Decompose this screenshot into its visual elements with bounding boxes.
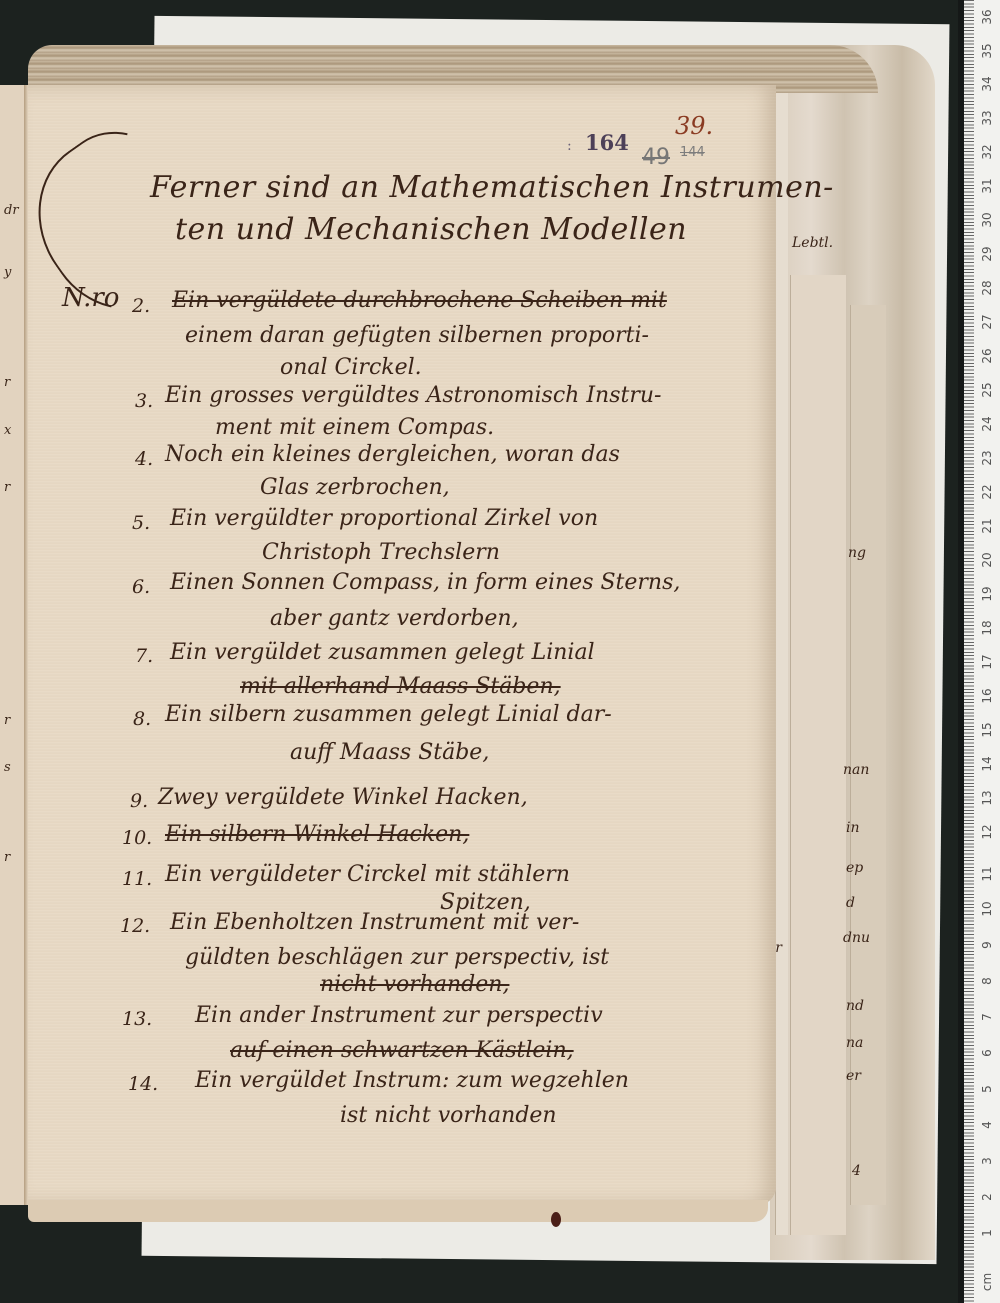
ruler-label: 4 [980, 1115, 994, 1135]
ruler-label: 36 [980, 7, 994, 27]
entry-line: Christoph Trechslern [262, 540, 500, 565]
ruler-label: 8 [980, 971, 994, 991]
ruler-label: 3 [980, 1151, 994, 1171]
fragment-text: dnu [843, 930, 870, 946]
entry-line: ist nicht vorhanden [340, 1103, 557, 1128]
fragment-text: Lebtl. [792, 235, 833, 251]
entry-line: Noch ein kleines dergleichen, woran das [165, 442, 620, 467]
heading-line-1: Ferner sind an Mathematischen Instrumen- [150, 170, 834, 205]
entry-line: auf einen schwartzen Kästlein, [230, 1038, 574, 1063]
folio-number-pencil-small: 144 [680, 145, 705, 160]
entry-line: aber gantz verdorben, [270, 606, 519, 631]
left-page-mark: x [4, 423, 11, 438]
entry-line: Glas zerbrochen, [260, 475, 450, 500]
entry-line: Ein vergüldeter Circkel mit stählern [165, 862, 570, 887]
cm-ruler: 36 35 34 33 32 31 30 29 28 27 26 25 24 2… [958, 0, 1000, 1303]
entry-number: 12. [120, 915, 150, 937]
ruler-label: 19 [980, 584, 994, 604]
folio-number-pencil: 49 [642, 145, 670, 170]
fragment-text: na [846, 1035, 863, 1051]
entry-number: 9. [130, 790, 148, 812]
ruler-label: 22 [980, 482, 994, 502]
ruler-label: 10 [980, 899, 994, 919]
entry-line: Ein vergüldet zusammen gelegt Linial [170, 640, 595, 665]
entry-line: Einen Sonnen Compass, in form eines Ster… [170, 570, 680, 595]
stack-strip [775, 85, 788, 1235]
book-bottom-edge [28, 1200, 768, 1222]
entry-line: Ein silbern zusammen gelegt Linial dar- [165, 702, 612, 727]
left-page-mark: r [4, 850, 10, 865]
fragment-text: ng [848, 545, 866, 561]
entry-line: Ein ander Instrument zur perspectiv [195, 1003, 603, 1028]
ruler-label: 5 [980, 1079, 994, 1099]
fragment-text: ep [846, 860, 863, 876]
entry-number: 8. [133, 708, 151, 730]
gutter-fold [24, 85, 28, 1205]
fragment-text: d [846, 895, 855, 911]
entry-line: Zwey vergüldete Winkel Hacken, [158, 785, 528, 810]
left-page-mark: dr [4, 203, 19, 218]
ruler-label: 27 [980, 312, 994, 332]
entry-number: 5. [132, 512, 150, 534]
left-page-edge: dr y r x r r s r [0, 85, 26, 1205]
stack-strip [790, 275, 846, 1235]
left-page-mark: r [4, 713, 10, 728]
entry-line: Ein vergüldter proportional Zirkel von [170, 506, 598, 531]
ruler-label: 18 [980, 618, 994, 638]
stamp-colon: : [567, 138, 572, 154]
entry-number: 10. [122, 827, 152, 849]
ruler-label: 6 [980, 1043, 994, 1063]
ruler-label: 31 [980, 176, 994, 196]
entry-number: 2. [132, 295, 150, 317]
entry-number: 6. [132, 576, 150, 598]
ruler-label: 1 [980, 1223, 994, 1243]
ruler-label: 35 [980, 41, 994, 61]
ruler-face: 36 35 34 33 32 31 30 29 28 27 26 25 24 2… [964, 0, 1000, 1303]
fragment-text: er [846, 1068, 861, 1084]
entry-line: Ein Ebenholtzen Instrument mit ver- [170, 910, 579, 935]
left-page-mark: r [4, 480, 10, 495]
ruler-label: 25 [980, 380, 994, 400]
fragment-text: nd [846, 998, 864, 1014]
ruler-label: 12 [980, 822, 994, 842]
ruler-label: 14 [980, 754, 994, 774]
fragment-text: 4 [852, 1163, 861, 1179]
ruler-label: 24 [980, 414, 994, 434]
entry-number: 3. [135, 390, 153, 412]
folio-number-ink: 39. [675, 112, 713, 140]
entry-line: ment mit einem Compas. [215, 415, 494, 440]
heading-line-2: ten und Mechanischen Modellen [175, 212, 687, 247]
fragment-text: in [846, 820, 860, 836]
entry-number: 7. [135, 645, 153, 667]
entry-line: nicht vorhanden, [320, 972, 509, 997]
ruler-label: 32 [980, 142, 994, 162]
ruler-label: 30 [980, 210, 994, 230]
entry-line: auff Maass Stäbe, [290, 740, 489, 765]
ruler-label: 20 [980, 550, 994, 570]
ruler-label: 23 [980, 448, 994, 468]
entry-line: Ein silbern Winkel Hacken, [165, 822, 469, 847]
ruler-label: 17 [980, 652, 994, 672]
left-page-mark: y [4, 265, 11, 280]
entry-number: 14. [128, 1073, 158, 1095]
entry-line: mit allerhand Maass Stäben, [240, 674, 561, 699]
left-page-mark: r [4, 375, 10, 390]
ruler-label: 15 [980, 720, 994, 740]
entry-line: Ein vergüldete durchbrochene Scheiben mi… [172, 288, 667, 313]
ruler-label: 9 [980, 935, 994, 955]
entry-line: Ein grosses vergüldtes Astronomisch Inst… [165, 383, 661, 408]
entry-number: 11. [122, 868, 152, 890]
ink-blot [551, 1212, 561, 1227]
entry-number: 4. [135, 448, 153, 470]
number-prefix: N.ro [62, 283, 119, 313]
ruler-label: 28 [980, 278, 994, 298]
ruler-label: 11 [980, 864, 994, 884]
fragment-text: nan [843, 762, 869, 778]
ruler-label: 16 [980, 686, 994, 706]
entry-line: Ein vergüldet Instrum: zum wegzehlen [195, 1068, 629, 1093]
left-page-mark: s [4, 760, 11, 775]
ruler-label: 21 [980, 516, 994, 536]
ruler-label: 34 [980, 74, 994, 94]
ruler-label: 2 [980, 1187, 994, 1207]
ruler-label: 7 [980, 1007, 994, 1027]
ruler-label: 29 [980, 244, 994, 264]
ruler-label: 13 [980, 788, 994, 808]
ruler-label: 26 [980, 346, 994, 366]
entry-line: onal Circkel. [280, 355, 422, 380]
ruler-unit: cm [980, 1272, 994, 1292]
entry-line: güldten beschlägen zur perspectiv, ist [185, 945, 609, 970]
ruler-label: 33 [980, 108, 994, 128]
stamp-number: 164 [585, 130, 629, 155]
entry-number: 13. [122, 1008, 152, 1030]
entry-line: einem daran gefügten silbernen proporti- [185, 323, 649, 348]
